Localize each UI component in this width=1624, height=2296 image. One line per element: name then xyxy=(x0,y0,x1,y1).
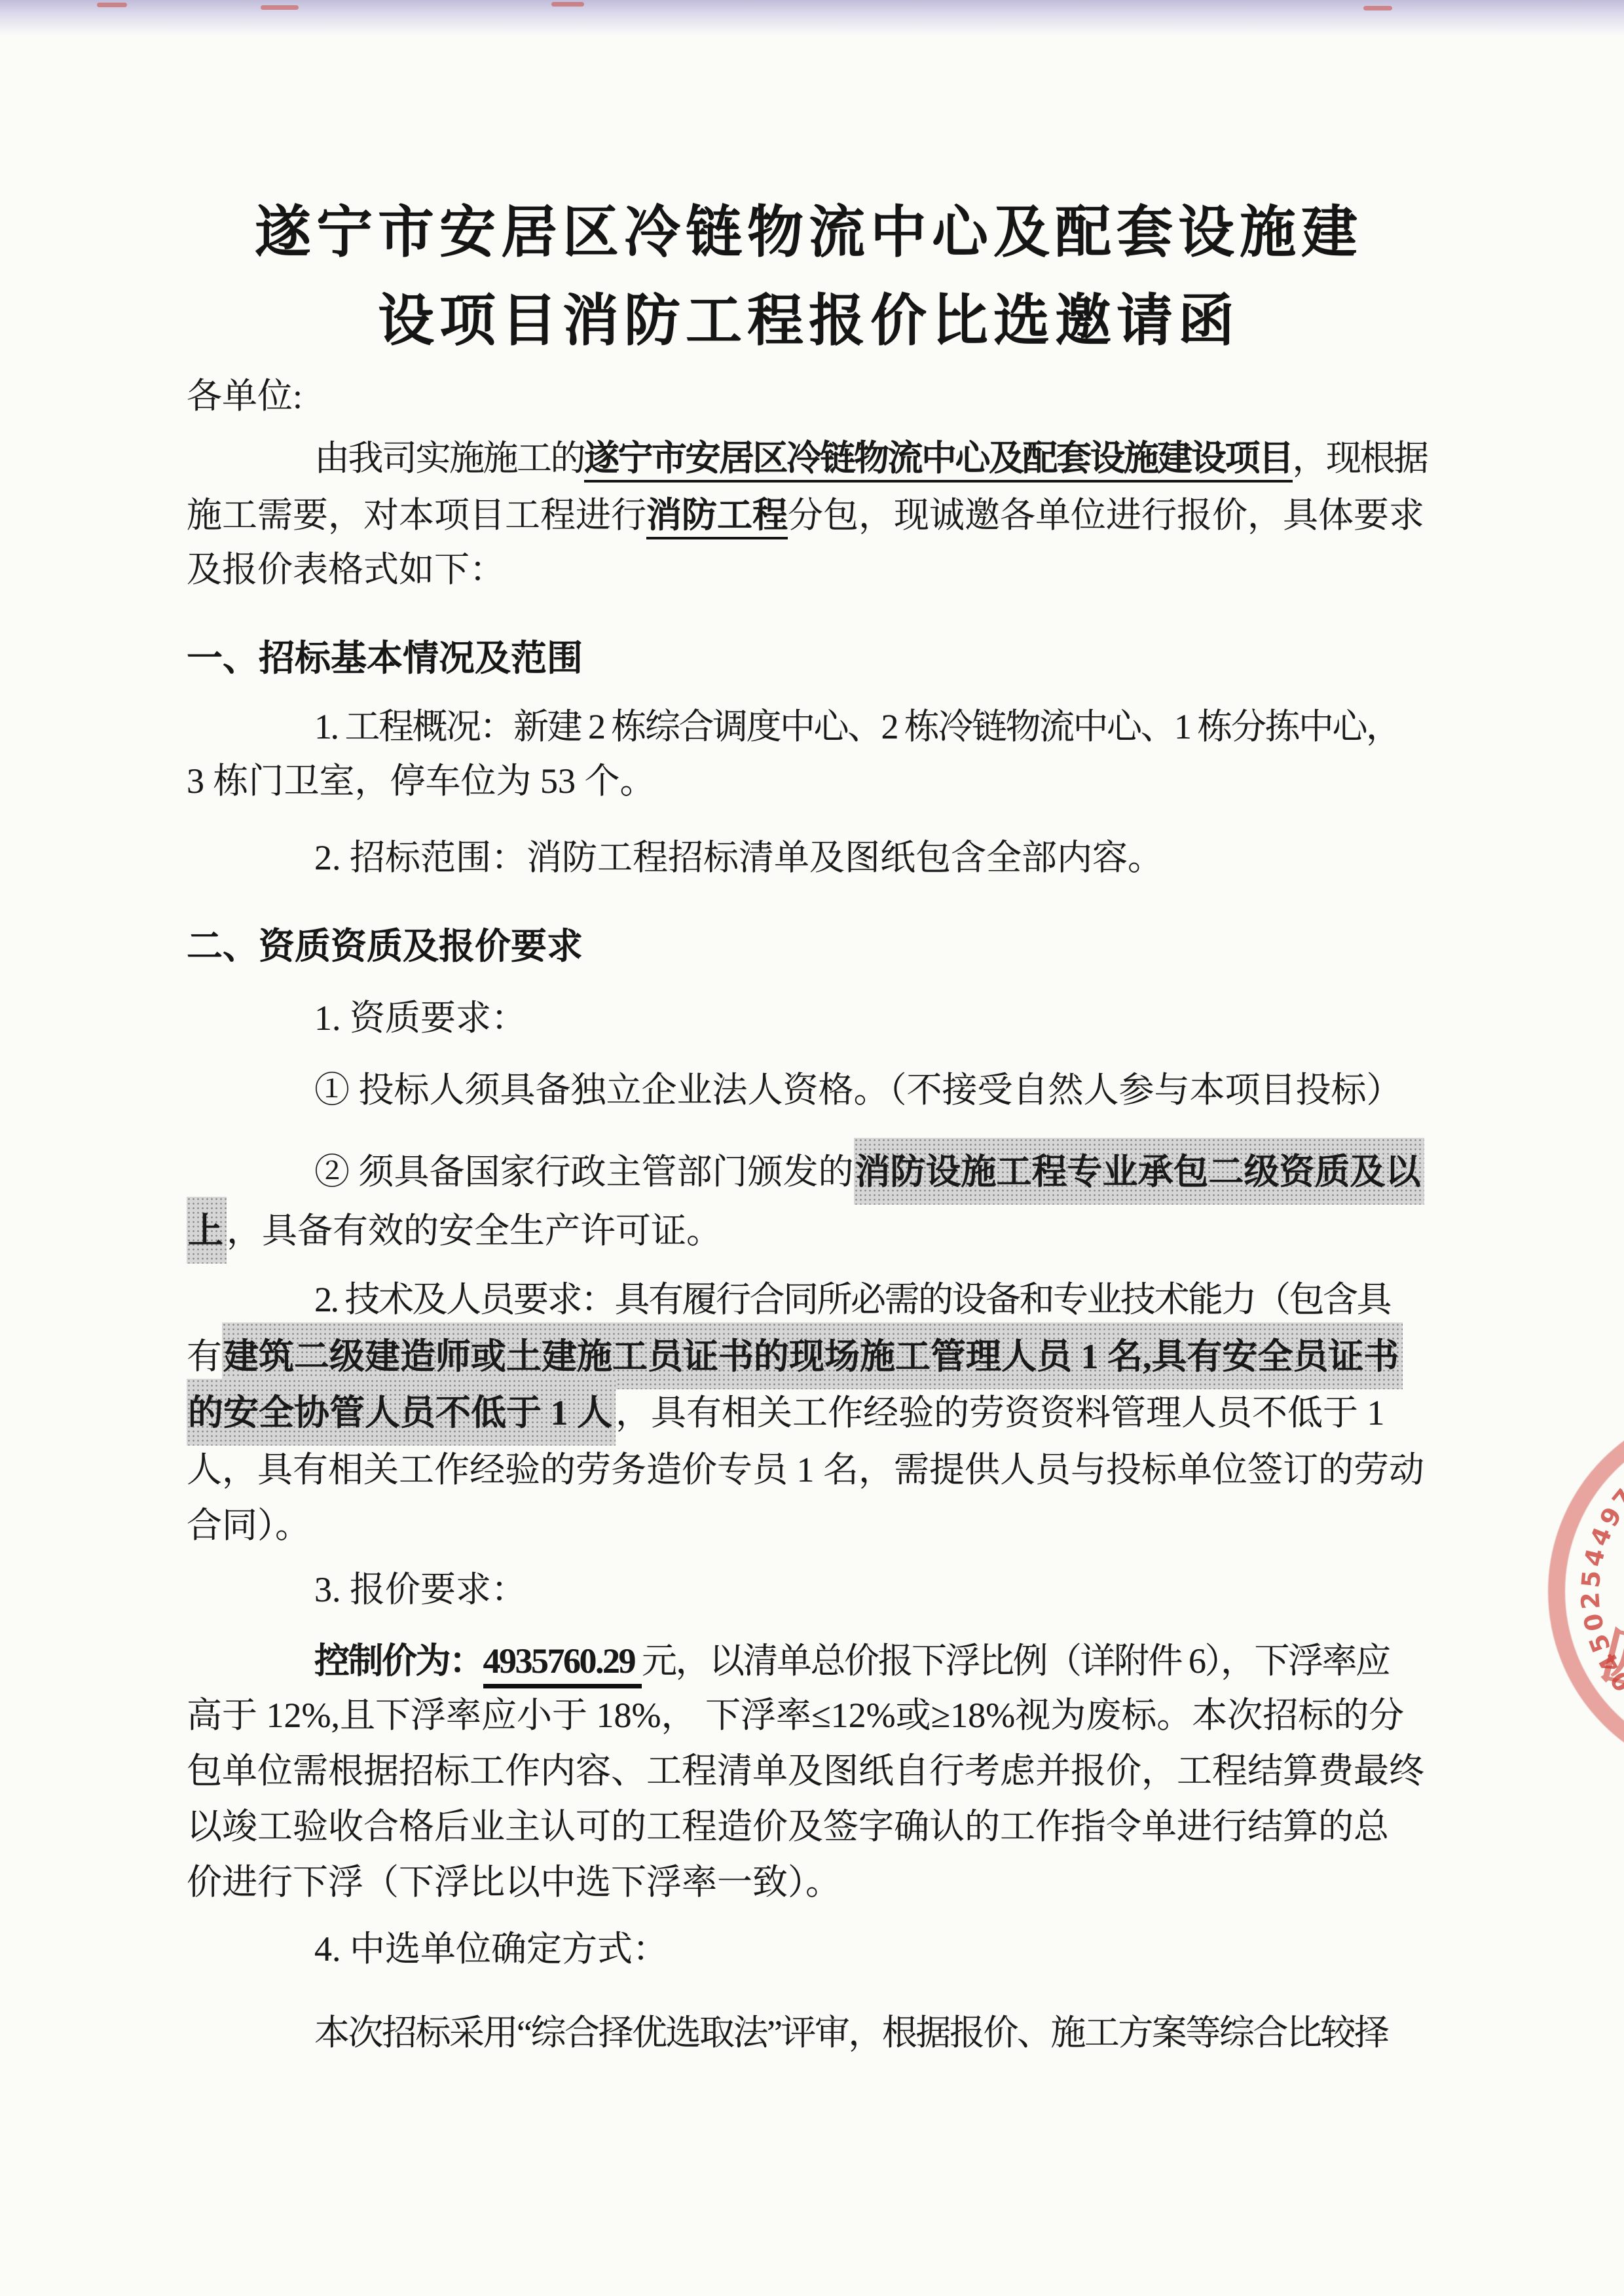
text-segment: 4935760.29 xyxy=(483,1641,642,1688)
section-1-item-1-line-2: 3 栋门卫室，停车位为 53 个。 xyxy=(187,752,655,810)
price-line-5: 价进行下浮（下浮比以中选下浮率一致）。 xyxy=(187,1853,841,1911)
section-2-item-3: 3. 报价要求： xyxy=(314,1561,526,1618)
seal-digit: 9 xyxy=(1595,1503,1624,1532)
section-1-item-1-line-1: 1. 工程概况：新建 2 栋综合调度中心、2 栋冷链物流中心、1 栋分拣中心， xyxy=(314,698,1400,756)
title-line-2: 设项目消防工程报价比选邀请函 xyxy=(187,285,1431,357)
qualification-note-2-line-2: 上，具备有效的安全生产许可证。 xyxy=(187,1202,722,1260)
text-segment: 遂宁市安居区冷链物流中心及配套设施建 xyxy=(255,201,1363,264)
text-segment: 1. 工程概况：新建 2 栋综合调度中心、2 栋冷链物流中心、1 栋分拣中心， xyxy=(314,707,1400,746)
text-segment: 4. 中选单位确定方式： xyxy=(314,1929,668,1969)
text-segment: 二、资质资质及报价要求 xyxy=(187,926,583,966)
text-segment: 的安全协管人员不低于 1 人 xyxy=(187,1379,616,1446)
section-2-item-2-line-5: 合同）。 xyxy=(187,1497,310,1554)
text-segment: 分包，现诚邀各单位进行报价，具体要求 xyxy=(788,496,1424,535)
text-segment: 价进行下浮（下浮比以中选下浮率一致）。 xyxy=(187,1863,841,1902)
text-segment: ② 须具备国家行政主管部门颁发的 xyxy=(314,1152,854,1192)
seal-ring xyxy=(1548,1404,1624,1779)
title-line-1: 遂宁市安居区冷链物流中心及配套设施建 xyxy=(187,196,1431,268)
seal-digit: 5 xyxy=(1583,1630,1617,1656)
seal-digit: 2 xyxy=(1576,1591,1606,1610)
intro-line-3: 及报价表格式如下： xyxy=(187,541,505,598)
seal-digit: 4 xyxy=(1579,1546,1611,1569)
text-segment: 由我司实施施工的 xyxy=(314,439,584,478)
seal-digit: 4 xyxy=(1585,1523,1618,1550)
price-line-3: 包单位需根据招标工作内容、工程清单及图纸自行考虑并报价，工程结算费最终 xyxy=(187,1742,1424,1800)
section-2-item-2-line-4: 人，具有相关工作经验的劳务造价专员 1 名，需提供人员与投标单位签订的劳动 xyxy=(187,1441,1424,1499)
price-line-1: 控制价为：4935760.29 元，以清单总价报下浮比例（详附件 6），下浮率应 xyxy=(314,1632,1390,1690)
seal-digit: 0 xyxy=(1578,1611,1610,1633)
document-page: 遂宁市安居区冷链物流中心及配套设施建设项目消防工程报价比选邀请函各单位:由我司实… xyxy=(0,0,1624,2296)
text-segment: 元，以清单总价报下浮比例（详附件 6），下浮率应 xyxy=(642,1641,1390,1681)
qualification-note-2-line-1: ② 须具备国家行政主管部门颁发的消防设施工程专业承包二级资质及以 xyxy=(314,1143,1424,1201)
price-line-2: 高于 12%,且下浮率应小于 18%， 下浮率≤12%或≥18%视为废标。本次招… xyxy=(187,1686,1404,1744)
scan-speck xyxy=(97,3,127,7)
selection-method-line: 本次招标采用“综合择优选取法”评审，根据报价、施工方案等综合比较择 xyxy=(314,2004,1388,2062)
section-2-item-1: 1. 资质要求： xyxy=(314,989,526,1047)
text-segment: 1. 资质要求： xyxy=(314,998,526,1038)
intro-line-1: 由我司实施施工的遂宁市安居区冷链物流中心及配套设施建设项目，现根据 xyxy=(314,429,1428,487)
text-segment: ① 投标人须具备独立企业法人资格。（不接受自然人参与本项目投标） xyxy=(314,1070,1402,1110)
text-segment: 消防工程 xyxy=(646,496,788,539)
section-2-item-2-line-3: 的安全协管人员不低于 1 人，具有相关工作经验的劳资资料管理人员不低于 1 xyxy=(187,1384,1385,1442)
section-2-item-2-line-1: 2. 技术及人员要求：具有履行合同所必需的设备和专业技术能力（包含具 xyxy=(314,1271,1390,1328)
seal-partial-glyph: 匠 xyxy=(1593,1605,1624,1707)
salutation: 各单位: xyxy=(187,367,303,425)
section-1-item-2: 2. 招标范围：消防工程招标清单及图纸包含全部内容。 xyxy=(314,829,1163,886)
company-seal-stamp: 匠 0450254497 xyxy=(1548,1404,1624,1796)
text-segment: 高于 12%,且下浮率应小于 18%， 下浮率≤12%或≥18%视为废标。本次招… xyxy=(187,1696,1404,1735)
scan-speck xyxy=(261,5,299,10)
text-segment: 设项目消防工程报价比选邀请函 xyxy=(378,289,1240,352)
text-segment: 消防设施工程专业承包二级资质及以 xyxy=(854,1138,1424,1205)
text-segment: 施工需要，对本项目工程进行 xyxy=(187,496,646,535)
text-segment: 遂宁市安居区冷链物流中心及配套设施建设项目 xyxy=(584,439,1293,483)
text-segment: 本次招标采用“综合择优选取法”评审，根据报价、施工方案等综合比较择 xyxy=(314,2013,1388,2052)
section-2-heading: 二、资质资质及报价要求 xyxy=(187,917,583,975)
text-segment: 2. 技术及人员要求：具有履行合同所必需的设备和专业技术能力（包含具 xyxy=(314,1280,1390,1319)
section-2-item-2-line-2: 有建筑二级建造师或土建施工员证书的现场施工管理人员 1 名,具有安全员证书 xyxy=(187,1328,1403,1385)
scan-speck xyxy=(551,2,584,7)
intro-line-2: 施工需要，对本项目工程进行消防工程分包，现诚邀各单位进行报价，具体要求 xyxy=(187,486,1424,544)
section-1-heading: 一、招标基本情况及范围 xyxy=(187,629,583,687)
qualification-note-1: ① 投标人须具备独立企业法人资格。（不接受自然人参与本项目投标） xyxy=(314,1061,1402,1119)
text-segment: 人，具有相关工作经验的劳务造价专员 1 名，需提供人员与投标单位签订的劳动 xyxy=(187,1450,1424,1489)
text-segment: 有 xyxy=(187,1337,222,1376)
text-segment: 3 栋门卫室，停车位为 53 个。 xyxy=(187,761,655,801)
seal-digit: 7 xyxy=(1607,1484,1624,1515)
seal-digit: 5 xyxy=(1576,1569,1606,1589)
text-segment: 包单位需根据招标工作内容、工程清单及图纸自行考虑并报价，工程结算费最终 xyxy=(187,1751,1424,1791)
text-segment: 及报价表格式如下： xyxy=(187,550,505,589)
text-segment: 一、招标基本情况及范围 xyxy=(187,638,583,678)
seal-digit: 0 xyxy=(1605,1666,1624,1697)
text-segment: ，具有相关工作经验的劳资资料管理人员不低于 1 xyxy=(616,1393,1385,1432)
seal-digit: 4 xyxy=(1593,1649,1624,1678)
text-segment: 以竣工验收合格后业主认可的工程造价及签字确认的工作指令单进行结算的总 xyxy=(187,1807,1389,1846)
scan-speck xyxy=(1363,6,1392,10)
text-segment: 3. 报价要求： xyxy=(314,1570,526,1609)
text-segment: 各单位: xyxy=(187,376,303,416)
price-line-4: 以竣工验收合格后业主认可的工程造价及签字确认的工作指令单进行结算的总 xyxy=(187,1798,1389,1855)
text-segment: 上 xyxy=(187,1197,227,1264)
text-segment: ，现根据 xyxy=(1293,439,1428,478)
text-segment: 控制价为： xyxy=(314,1641,483,1681)
text-segment: 2. 招标范围：消防工程招标清单及图纸包含全部内容。 xyxy=(314,838,1163,877)
section-2-item-4: 4. 中选单位确定方式： xyxy=(314,1920,668,1978)
text-segment: ，具备有效的安全生产许可证。 xyxy=(227,1211,722,1250)
text-segment: 合同）。 xyxy=(187,1506,310,1545)
